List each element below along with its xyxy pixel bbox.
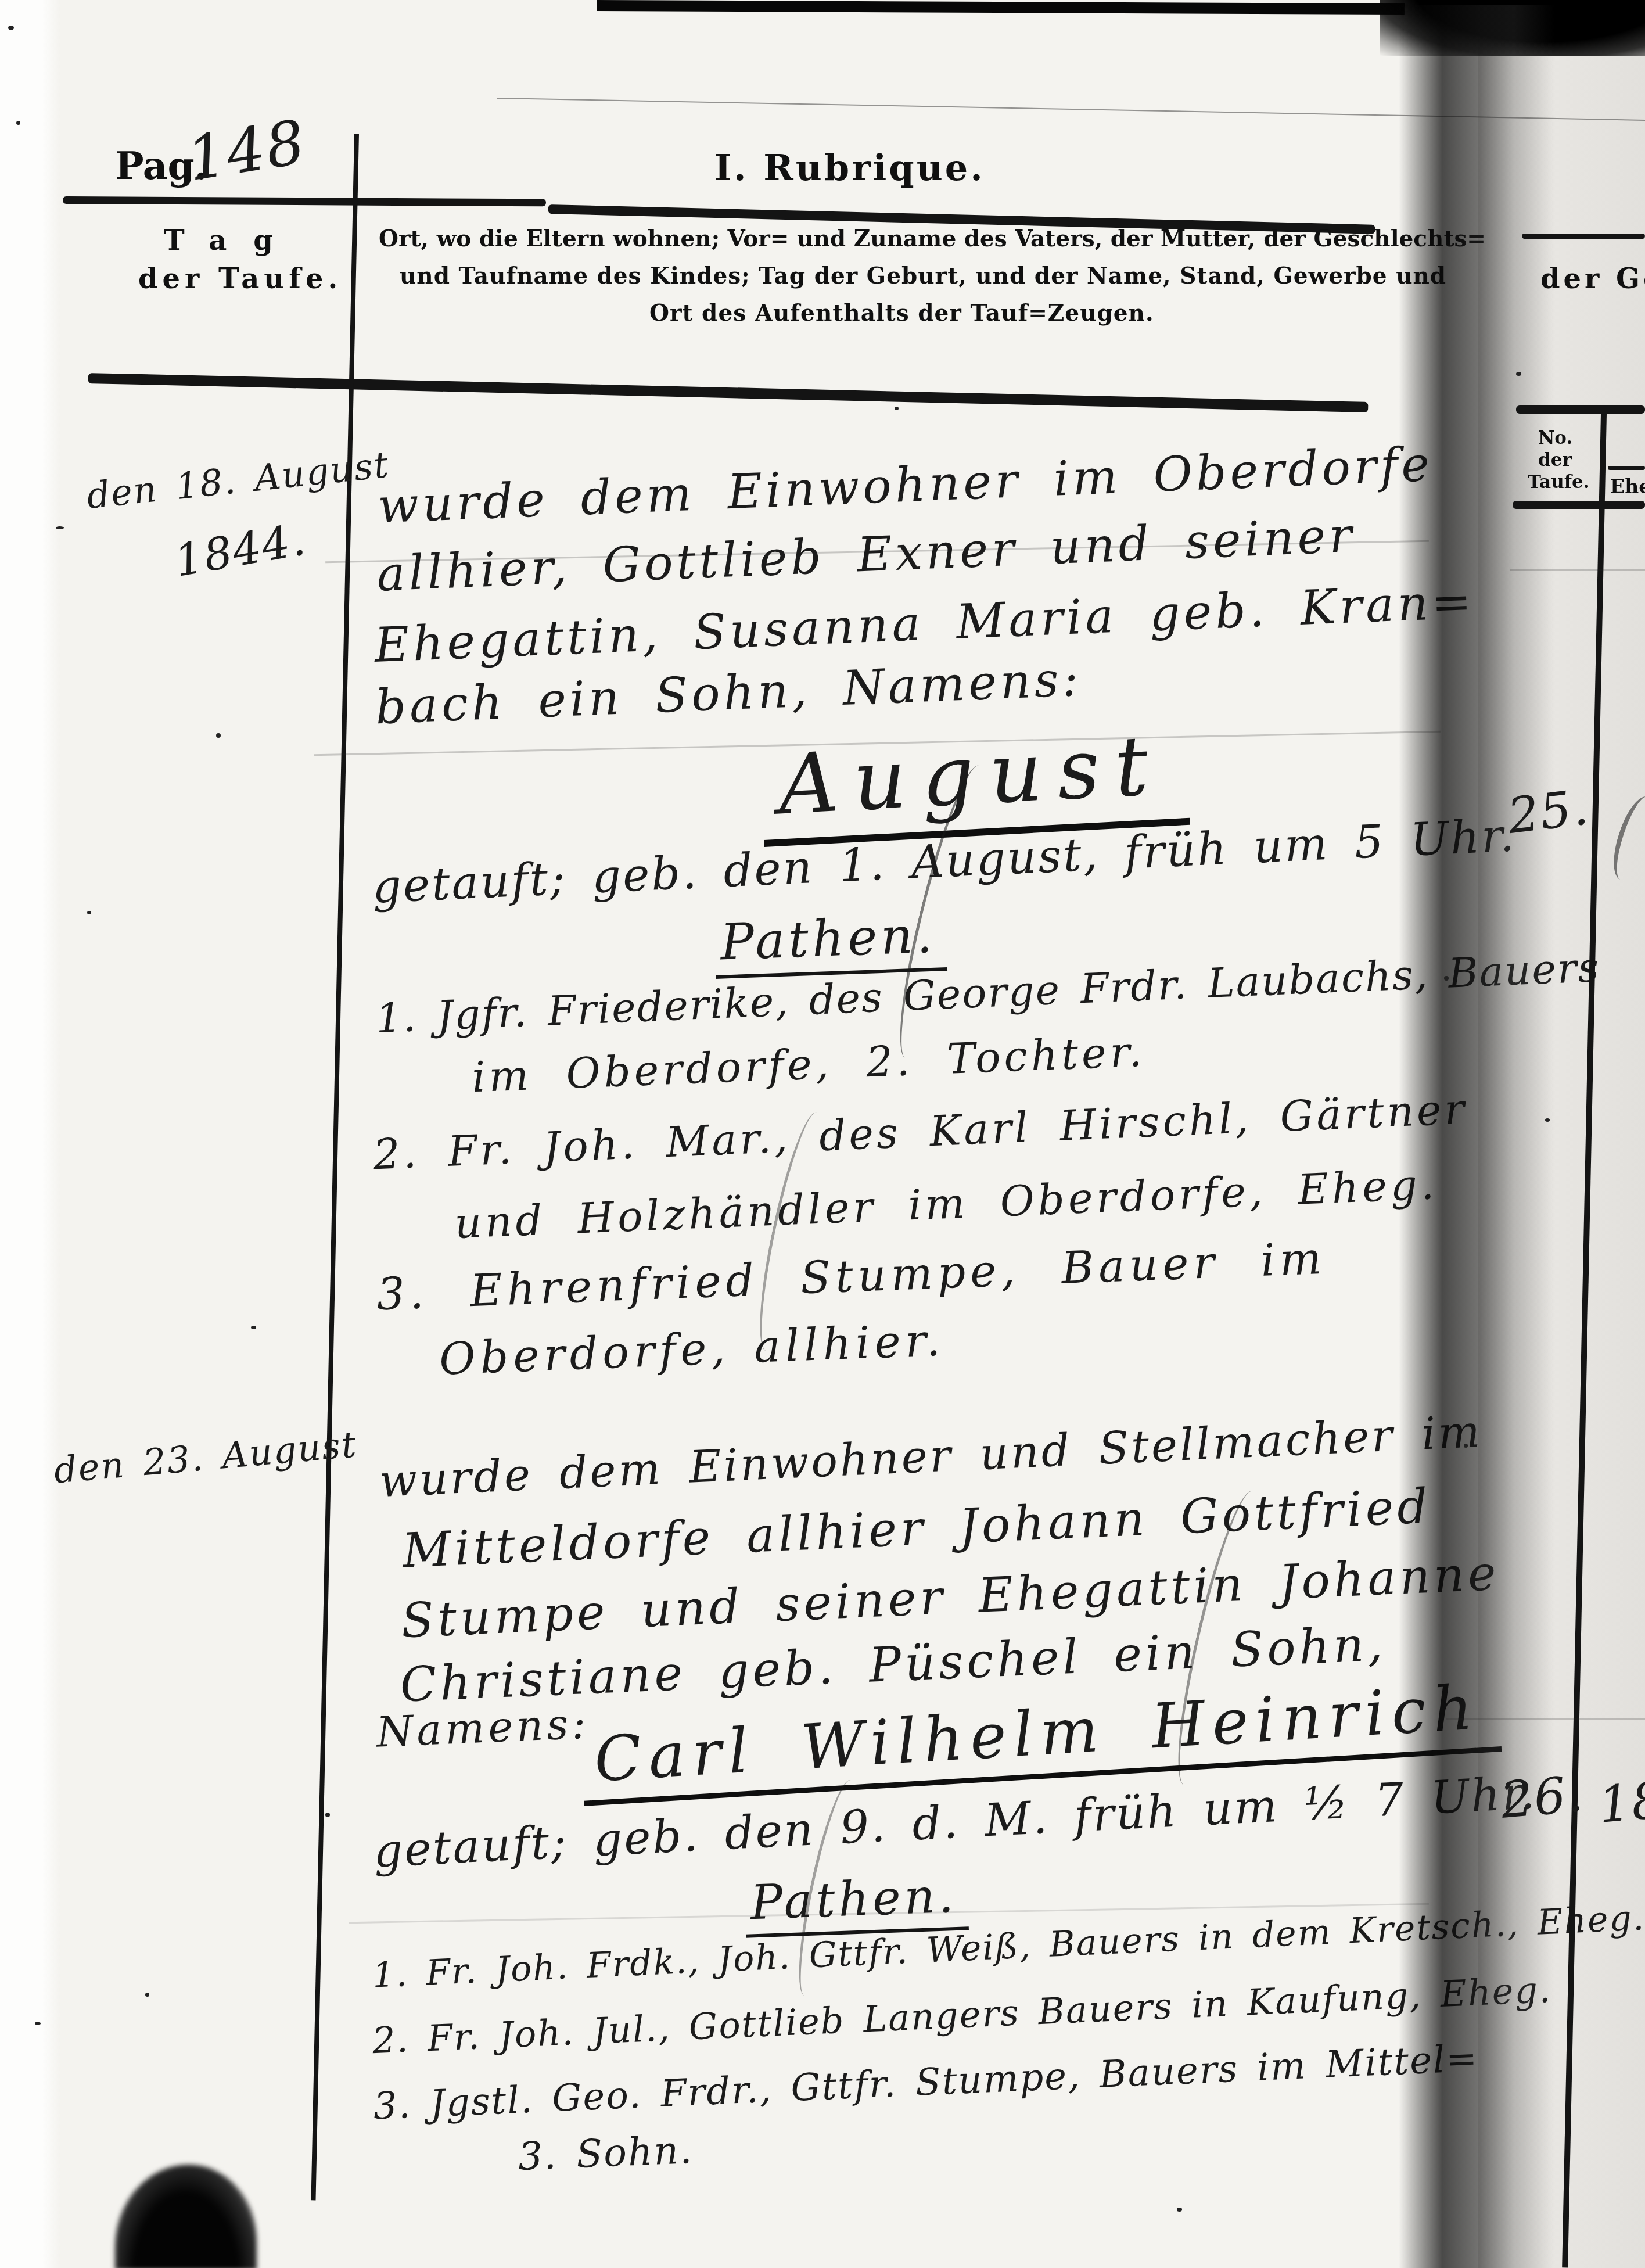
entry1-date-line1: den 18. August (85, 443, 392, 517)
entry2-name-label: Namens: (375, 1699, 590, 1756)
rp-no-col-line2: der (1538, 450, 1572, 471)
ink-speck (1177, 2208, 1182, 2212)
ink-speck (8, 26, 14, 30)
ink-speck (1444, 976, 1449, 981)
ink-speck (895, 407, 899, 410)
rp-header-rule (1522, 234, 1645, 239)
page-number: 148 (182, 106, 311, 195)
ink-speck (216, 733, 221, 738)
ink-speck (1516, 372, 1521, 376)
main-column-header-line1: Ort, wo die Eltern wohnen; Vor= und Zuna… (379, 225, 1486, 252)
rp-subheader-fragment: Ehel (1610, 475, 1645, 498)
rp-entry-date-fragment: 18. (1596, 1770, 1645, 1835)
date-column-divider (311, 134, 359, 2200)
scan-edge-band (597, 0, 1405, 15)
rp-header-fragment: der Ge (1540, 263, 1645, 295)
rp-guide-line (1510, 569, 1645, 571)
rp-table-top-rule (1516, 405, 1645, 414)
rp-table-bottom-rule (1513, 501, 1645, 509)
rp-entry-number: 25. (1505, 778, 1592, 845)
main-column-header-line2: und Taufname des Kindes; Tag der Geburt,… (400, 263, 1446, 289)
ink-speck (16, 121, 20, 125)
ink-speck (35, 2022, 41, 2025)
ink-speck (1464, 1444, 1468, 1448)
entry2-date-line1: den 23. August (52, 1423, 359, 1491)
date-column-header-line2: der Taufe. (138, 263, 342, 295)
date-column-header-line1: Tag (164, 224, 300, 257)
ink-speck (1545, 1118, 1550, 1122)
rp-subheader-rule (1608, 466, 1645, 470)
entry1-witness-line: Oberdorfe, allhier. (439, 1314, 946, 1384)
rp-entry-number: 26. (1499, 1765, 1586, 1830)
entry2-witness-header: Pathen. (744, 1868, 968, 1930)
entry2-witness-line: 3. Sohn. (518, 2127, 694, 2179)
ink-speck (251, 1326, 256, 1329)
register-scan: Pag. 148 I. Rubrique. Tag der Taufe. Ort… (0, 0, 1645, 2268)
ink-speck (87, 911, 91, 914)
thumb-shadow (115, 2165, 257, 2268)
ink-speck (325, 1813, 330, 1817)
section-title: I. Rubrique. (714, 146, 985, 189)
header-bottom-rule (88, 373, 1369, 412)
ink-speck (145, 1993, 149, 1997)
rp-guide-line (1446, 1718, 1645, 1720)
entry1-witness-line: im Oberdorfe, 2. Tochter. (471, 1027, 1147, 1101)
left-paper-edge (0, 0, 60, 2268)
entry1-date-line2: 1844. (171, 513, 310, 587)
ink-speck (56, 526, 64, 529)
binding-gutter-shadow (1399, 5, 1554, 2268)
header-rule-left (63, 196, 546, 206)
rp-no-col-line3: Taufe. (1528, 472, 1590, 493)
main-column-header-line3: Ort des Aufenthalts der Tauf=Zeugen. (649, 300, 1154, 326)
rp-no-col-line1: No. (1538, 428, 1572, 448)
